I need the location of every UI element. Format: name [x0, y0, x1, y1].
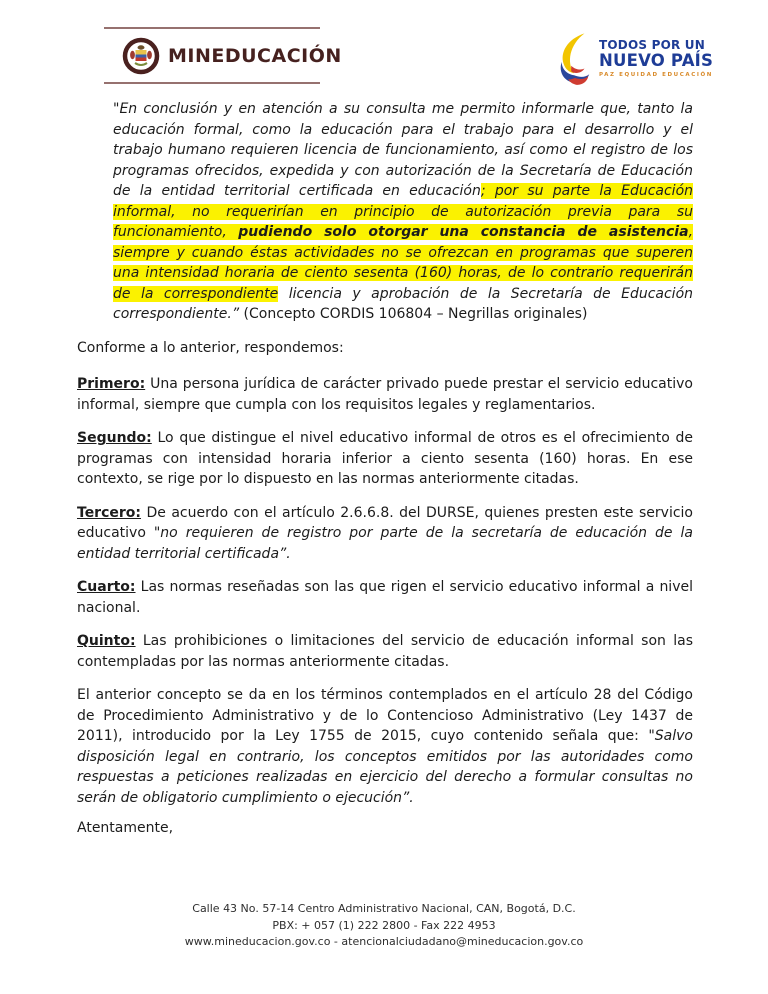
document-page: MINEDUCACIÓN TODOS POR UN NUEVO PAÍS PAZ… [0, 0, 768, 994]
quote-attribution: (Concepto CORDIS 106804 – Negrillas orig… [239, 306, 587, 322]
quoted-concept-paragraph: "En conclusión y en atención a su consul… [113, 99, 693, 325]
letter-body: "En conclusión y en atención a su consul… [77, 99, 693, 839]
item-segundo-text: Lo que distingue el nivel educativo info… [77, 430, 693, 487]
item-tercero-quote: "no requieren de registro por parte de l… [77, 525, 693, 562]
item-quinto-text: Las prohibiciones o limitaciones del ser… [77, 633, 693, 670]
nuevo-pais-logo: TODOS POR UN NUEVO PAÍS PAZ EQUIDAD EDUC… [556, 29, 713, 89]
item-primero-text: Una persona jurídica de carácter privado… [77, 376, 693, 413]
closing-paragraph: El anterior concepto se da en los términ… [77, 685, 693, 808]
item-primero-label: Primero: [77, 376, 145, 392]
item-cuarto: Cuarto: Las normas reseñadas son las que… [77, 577, 693, 618]
footer-phone: PBX: + 057 (1) 222 2800 - Fax 222 4953 [0, 918, 768, 935]
item-quinto-label: Quinto: [77, 633, 136, 649]
nuevo-pais-ribbon-icon [556, 31, 594, 89]
item-segundo: Segundo: Lo que distingue el nivel educa… [77, 428, 693, 490]
footer-address: Calle 43 No. 57-14 Centro Administrativo… [0, 901, 768, 918]
coat-of-arms-icon [122, 37, 160, 75]
campaign-text: TODOS POR UN NUEVO PAÍS PAZ EQUIDAD EDUC… [599, 39, 713, 78]
item-tercero-label: Tercero: [77, 505, 141, 521]
item-cuarto-text: Las normas reseñadas son las que rigen e… [77, 579, 693, 616]
mineducacion-logo: MINEDUCACIÓN [104, 27, 320, 84]
item-quinto: Quinto: Las prohibiciones o limitaciones… [77, 631, 693, 672]
item-cuarto-label: Cuarto: [77, 579, 136, 595]
item-primero: Primero: Una persona jurídica de carácte… [77, 374, 693, 415]
campaign-tagline: PAZ EQUIDAD EDUCACIÓN [599, 72, 713, 78]
signoff: Atentamente, [77, 818, 693, 839]
ministry-name: MINEDUCACIÓN [168, 45, 342, 67]
quote-highlight-bold: pudiendo solo otorgar una constancia de … [238, 224, 688, 240]
closing-pre: El anterior concepto se da en los términ… [77, 687, 693, 744]
item-tercero: Tercero: De acuerdo con el artículo 2.6.… [77, 503, 693, 565]
intro-line: Conforme a lo anterior, respondemos: [77, 338, 693, 359]
footer: Calle 43 No. 57-14 Centro Administrativo… [0, 901, 768, 951]
campaign-line2: NUEVO PAÍS [599, 52, 713, 69]
footer-web-email: www.mineducacion.gov.co - atencionalciud… [0, 934, 768, 951]
item-segundo-label: Segundo: [77, 430, 152, 446]
